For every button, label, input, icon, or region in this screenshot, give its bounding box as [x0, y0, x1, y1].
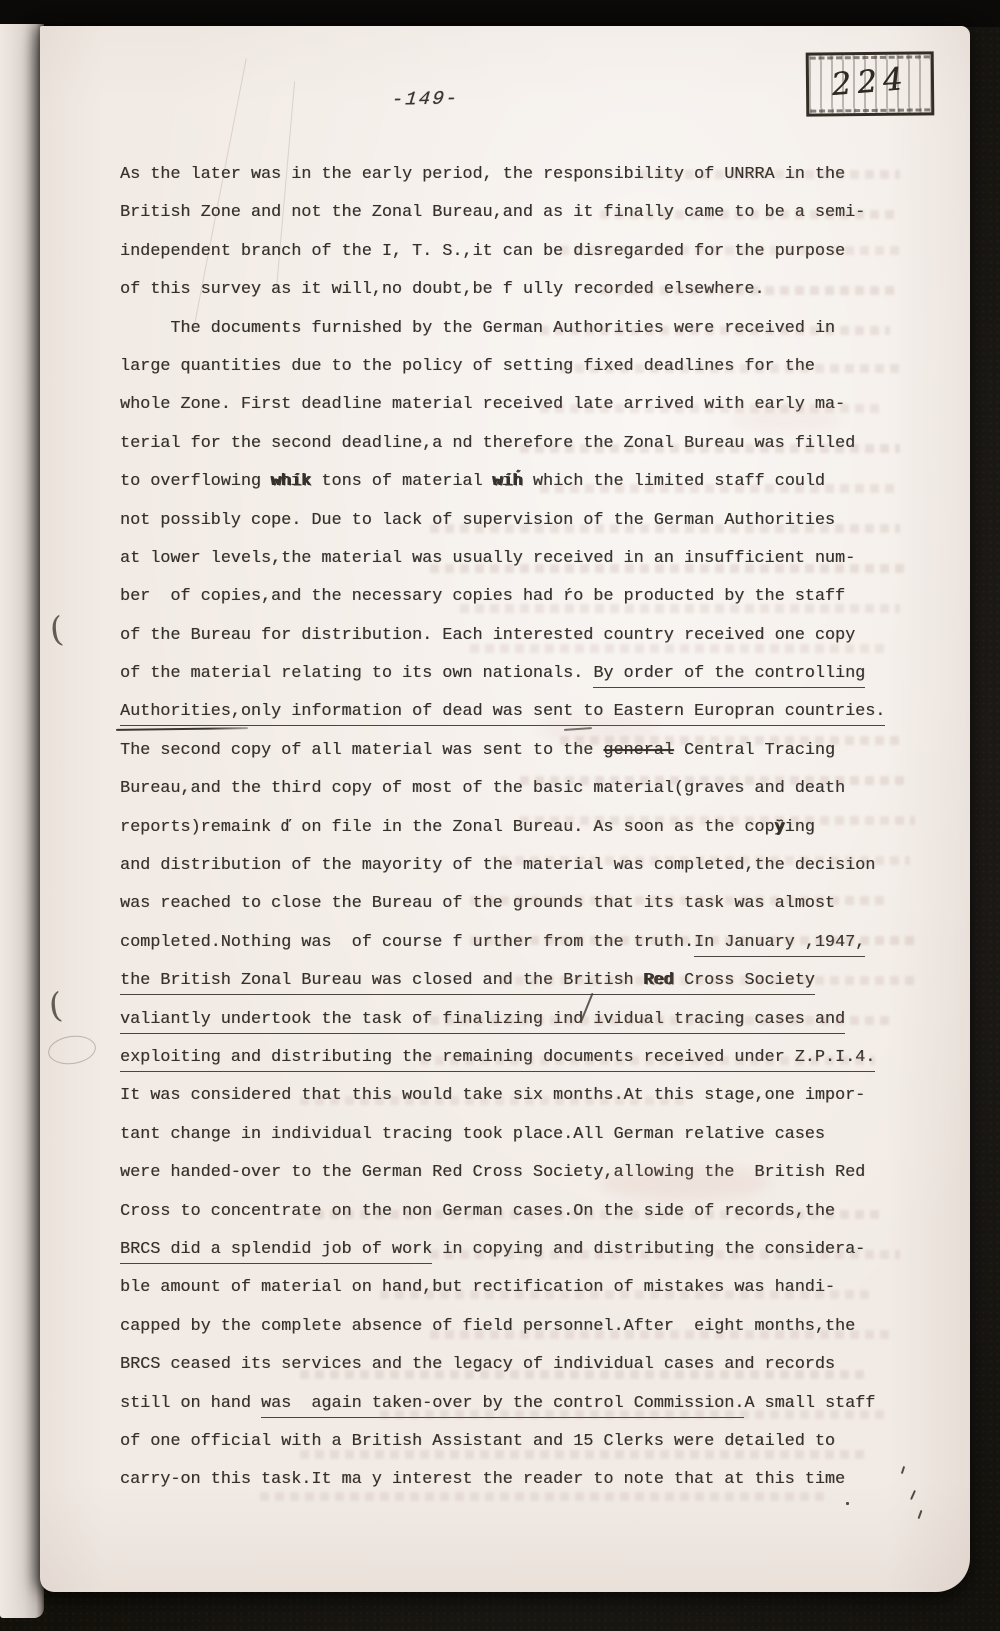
document-line: carry-on this task.It ma y interest the …: [120, 1461, 940, 1499]
document-line: were handed-over to the German Red Cross…: [120, 1154, 940, 1192]
line-segment: whík: [271, 472, 311, 491]
document-line: tant change in individual tracing took p…: [120, 1116, 940, 1154]
document-line: capped by the complete absence of field …: [120, 1308, 940, 1346]
document-line: Authorities,only information of dead was…: [120, 693, 940, 731]
document-line: the British Zonal Bureau was closed and …: [120, 962, 940, 1000]
line-segment: completed.Nothing was of course f urther…: [120, 933, 694, 952]
line-segment: Central Tracing: [674, 741, 835, 760]
line-segment: whole Zone. First deadline material rece…: [120, 395, 845, 414]
document-line: valiantly undertook the task of finalizi…: [120, 1001, 940, 1039]
line-segment: A small staff: [744, 1394, 875, 1413]
line-segment: Cross to concentrate on the non German c…: [120, 1202, 835, 1221]
line-segment: It was considered that this would take s…: [120, 1086, 865, 1105]
line-segment: exploiting and distributing the remainin…: [120, 1048, 875, 1072]
line-segment: not possibly cope. Due to lack of superv…: [120, 511, 835, 530]
line-segment: British Zone and not the Zonal Bureau,an…: [120, 203, 865, 222]
line-segment: Red: [644, 971, 674, 995]
line-segment: still on hand: [120, 1394, 261, 1413]
document-line: BRCS ceased its services and the legacy …: [120, 1346, 940, 1384]
archive-stamp-box: 224: [806, 51, 935, 116]
ink-speck: [740, 1444, 742, 1446]
line-segment: which the limited staff could: [523, 472, 825, 491]
document-paper: -149- 224 As the later was in the early …: [40, 26, 970, 1592]
line-segment: was reached to close the Bureau of the g…: [120, 894, 835, 913]
document-line: reports)remaink ď on file in the Zonal B…: [120, 809, 940, 847]
line-segment: the British Zonal Bureau was closed and …: [120, 971, 644, 995]
document-line: Bureau,and the third copy of most of the…: [120, 770, 940, 808]
document-line: BRCS did a splendid job of work in copyi…: [120, 1231, 940, 1269]
line-segment: ble amount of material on hand,but recti…: [120, 1278, 835, 1297]
line-segment: Cross Society: [674, 971, 815, 995]
ink-speck: [846, 1502, 849, 1505]
line-segment: to overflowing: [120, 472, 271, 491]
document-line: It was considered that this would take s…: [120, 1077, 940, 1115]
document-line: whole Zone. First deadline material rece…: [120, 386, 940, 424]
line-segment: and distribution of the mayority of the …: [120, 856, 875, 875]
line-segment: capped by the complete absence of field …: [120, 1317, 855, 1336]
document-line: and distribution of the mayority of the …: [120, 847, 940, 885]
document-line: still on hand was again taken-over by th…: [120, 1385, 940, 1423]
document-line: of one official with a British Assistant…: [120, 1423, 940, 1461]
line-segment: BRCS did a splendid job of work: [120, 1240, 432, 1264]
document-line: British Zone and not the Zonal Bureau,an…: [120, 194, 940, 232]
line-segment: The second copy of all material was sent…: [120, 741, 603, 760]
ink-speck: [918, 1510, 923, 1519]
line-segment: By order of the controlling: [593, 664, 865, 688]
line-segment: ber of copies,and the necessary copies h…: [120, 587, 845, 606]
document-line: of the material relating to its own nati…: [120, 655, 940, 693]
line-segment: terial for the second deadline,a nd ther…: [120, 434, 855, 453]
line-segment: tant change in individual tracing took p…: [120, 1125, 825, 1144]
line-segment: carry-on this task.It ma y interest the …: [120, 1470, 845, 1489]
line-segment: ing: [785, 818, 815, 837]
margin-paren-mark: (: [47, 985, 64, 1026]
document-line: not possibly cope. Due to lack of superv…: [120, 502, 940, 540]
document-line: The second copy of all material was sent…: [120, 732, 940, 770]
document-line: of the Bureau for distribution. Each int…: [120, 617, 940, 655]
line-segment: independent branch of the I, T. S.,it ca…: [120, 242, 845, 261]
document-line: As the later was in the early period, th…: [120, 156, 940, 194]
document-line: terial for the second deadline,a nd ther…: [120, 425, 940, 463]
line-segment: Authorities,only information of dead was…: [120, 702, 885, 726]
line-segment: wíh́: [493, 472, 523, 491]
document-line: large quantities due to the policy of se…: [120, 348, 940, 386]
line-segment: of the Bureau for distribution. Each int…: [120, 626, 855, 645]
document-line: completed.Nothing was of course f urther…: [120, 924, 940, 962]
line-segment: In January ,1947,: [694, 933, 865, 957]
line-segment: ÿ: [775, 818, 785, 837]
stamp-number: 224: [808, 59, 932, 105]
document-text: As the later was in the early period, th…: [120, 156, 940, 1500]
line-segment: reports)remaink ď on file in the Zonal B…: [120, 818, 775, 837]
document-line: independent branch of the I, T. S.,it ca…: [120, 233, 940, 271]
line-segment: were handed-over to the German Red Cross…: [120, 1163, 865, 1182]
scanned-document-page: { "document": { "page_number": "-149-", …: [0, 0, 1000, 1631]
line-segment: Bureau,and the third copy of most of the…: [120, 779, 845, 798]
document-line: was reached to close the Bureau of the g…: [120, 885, 940, 923]
document-line: to overflowing whík tons of material wíh…: [120, 463, 940, 501]
line-segment: at lower levels,the material was usually…: [120, 549, 855, 568]
line-segment: general: [603, 741, 674, 760]
line-segment: tons of material: [311, 472, 492, 491]
line-segment: in copying and distributing the consider…: [432, 1240, 865, 1259]
document-line: exploiting and distributing the remainin…: [120, 1039, 940, 1077]
document-line: at lower levels,the material was usually…: [120, 540, 940, 578]
document-line: The documents furnished by the German Au…: [120, 310, 940, 348]
page-number: -149-: [391, 87, 460, 110]
margin-oval-mark: [46, 1033, 97, 1067]
document-line: Cross to concentrate on the non German c…: [120, 1193, 940, 1231]
line-segment: large quantities due to the policy of se…: [120, 357, 815, 376]
line-segment: of one official with a British Assistant…: [120, 1432, 835, 1451]
document-line: ber of copies,and the necessary copies h…: [120, 578, 940, 616]
document-line: ble amount of material on hand,but recti…: [120, 1269, 940, 1307]
line-segment: As the later was in the early period, th…: [120, 165, 845, 184]
scan-top-edge: [0, 0, 1000, 27]
margin-paren-mark: (: [48, 609, 65, 650]
line-segment: valiantly undertook the task of finalizi…: [120, 1010, 845, 1034]
line-segment: BRCS ceased its services and the legacy …: [120, 1355, 835, 1374]
document-line: of this survey as it will,no doubt,be f …: [120, 271, 940, 309]
line-segment: The documents furnished by the German Au…: [120, 319, 835, 338]
underlying-page-edge: [0, 24, 44, 1618]
line-segment: was again taken-over by the control Comm…: [261, 1394, 744, 1418]
line-segment: of the material relating to its own nati…: [120, 664, 593, 683]
line-segment: of this survey as it will,no doubt,be f …: [120, 280, 765, 299]
